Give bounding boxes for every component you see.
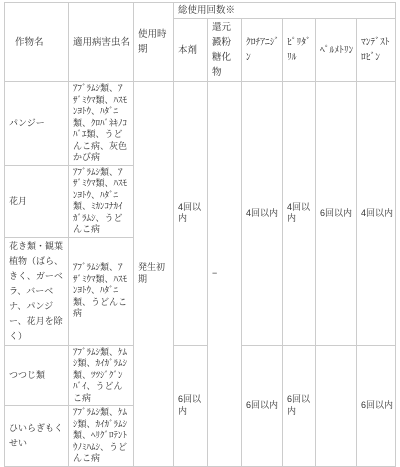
table-row: つつじ類 ｱﾌﾞﾗﾑｼ類、ｹﾑｼ類、ｶｲｶﾞﾗﾑｼ類、ﾂﾂｼﾞｸﾞﾝﾊﾞｲ、うど…: [5, 345, 396, 406]
pest-cell: ｱﾌﾞﾗﾑｼ類、ｱｻﾞﾐｳﾏ類、ﾊｽﾓﾝﾖﾄｳ、ﾊﾀﾞﾆ類、ﾐｶﾝｺﾅｶｲｶﾞﾗ…: [69, 165, 134, 237]
crop-cell: 花き類・観葉植物（ばら、きく、ガーベラ、バーベナ、パンジー、花月を除く）: [5, 237, 69, 345]
pest-cell: ｱﾌﾞﾗﾑｼ類、ｱｻﾞﾐｳﾏ類、ﾊｽﾓﾝﾖﾄｳ、ﾊﾀﾞﾆ類、ｸﾛﾊﾞﾈｷﾉｺﾊﾞ…: [69, 82, 134, 166]
table-row: パンジー ｱﾌﾞﾗﾑｼ類、ｱｻﾞﾐｳﾏ類、ﾊｽﾓﾝﾖﾄｳ、ﾊﾀﾞﾆ類、ｸﾛﾊﾞﾈ…: [5, 82, 396, 166]
col-header-total-uses: 総使用回数※: [174, 3, 396, 19]
pesticide-usage-table: 作物名 適用病害虫名 使用時期 総使用回数※ 本剤 還元澱粉糖化物 ｸﾛﾁｱﾆｼ…: [4, 2, 396, 467]
honzai-count-top-cell: 4回以内: [174, 82, 208, 346]
col-header-crop: 作物名: [5, 3, 69, 82]
pyridalyl-count-top-cell: 4回以内: [283, 82, 316, 346]
crop-cell: ひいらぎもくせい: [5, 406, 69, 467]
pest-cell: ｱﾌﾞﾗﾑｼ類、ｱｻﾞﾐｳﾏ類、ﾊｽﾓﾝﾖﾄｳ、ﾊﾀﾞﾆ類、うどんこ病: [69, 237, 134, 345]
pyridalyl-count-bottom-cell: 6回以内: [283, 345, 316, 466]
mandestrobin-count-bottom-cell: 6回以内: [357, 345, 396, 466]
col-header-pest: 適用病害虫名: [69, 3, 134, 82]
col-header-honzai: 本剤: [174, 19, 208, 82]
crop-cell: 花月: [5, 165, 69, 237]
col-header-reduced-starch: 還元澱粉糖化物: [208, 19, 242, 82]
permethrin-count-bottom-cell: [316, 345, 357, 466]
period-cell: 発生初期: [134, 82, 174, 467]
crop-cell: つつじ類: [5, 345, 69, 406]
mandestrobin-count-top-cell: 4回以内: [357, 82, 396, 346]
header-row-top: 作物名 適用病害虫名 使用時期 総使用回数※: [5, 3, 396, 19]
col-header-period: 使用時期: [134, 3, 174, 82]
permethrin-count-top-cell: 6回以内: [316, 82, 357, 346]
col-header-clothianidin: ｸﾛﾁｱﾆｼﾞﾝ: [242, 19, 283, 82]
crop-cell: パンジー: [5, 82, 69, 166]
page: 作物名 適用病害虫名 使用時期 総使用回数※ 本剤 還元澱粉糖化物 ｸﾛﾁｱﾆｼ…: [0, 0, 400, 400]
col-header-mandestrobin: ﾏﾝﾃﾞｽﾄﾛﾋﾞﾝ: [357, 19, 396, 82]
pest-cell: ｱﾌﾞﾗﾑｼ類、ｹﾑｼ類、ｶｲｶﾞﾗﾑｼ類、ﾂﾂｼﾞｸﾞﾝﾊﾞｲ、うどんこ病: [69, 345, 134, 406]
clothianidin-count-top-cell: 4回以内: [242, 82, 283, 346]
col-header-permethrin: ﾍﾟﾙﾒﾄﾘﾝ: [316, 19, 357, 82]
honzai-count-bottom-cell: 6回以内: [174, 345, 208, 466]
reduced-starch-count-cell: −: [208, 82, 242, 467]
clothianidin-count-bottom-cell: 6回以内: [242, 345, 283, 466]
pest-cell: ｱﾌﾞﾗﾑｼ類、ｹﾑｼ類、ｶｲｶﾞﾗﾑｼ類、ﾍﾘｸﾞﾛﾃﾝﾄｳﾉﾐﾊﾑｼ、うどん…: [69, 406, 134, 467]
col-header-pyridalyl: ﾋﾟﾘﾀﾞﾘﾙ: [283, 19, 316, 82]
